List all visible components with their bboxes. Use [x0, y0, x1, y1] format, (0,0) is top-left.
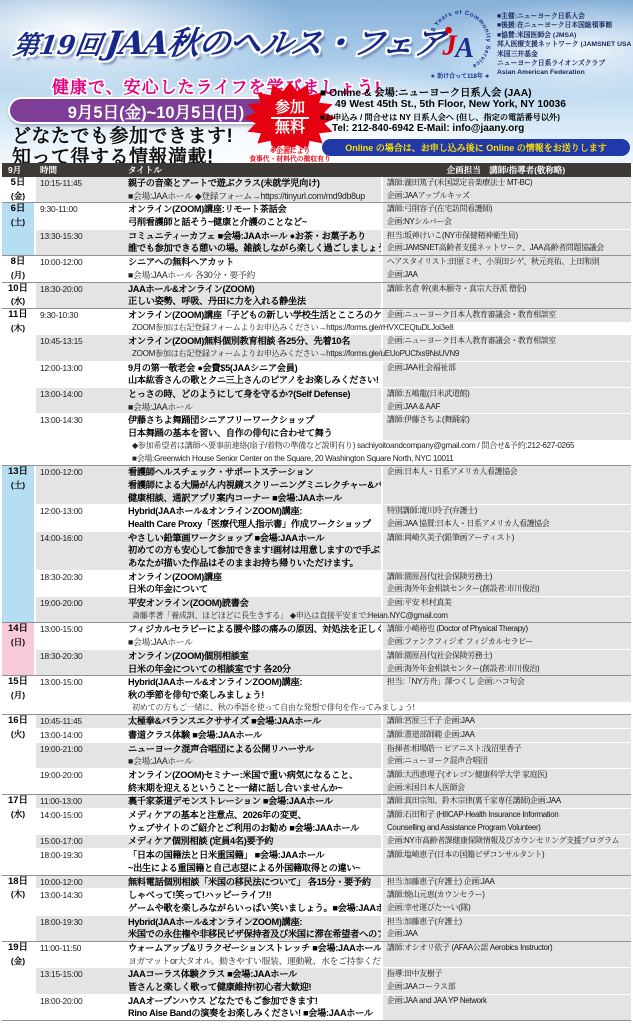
time-cell: 10:45-13:15 — [36, 335, 128, 348]
organizer-cell: 担当:加藤恵子(弁護士) 企画:JAA — [381, 876, 631, 889]
title-cell: 裏千家茶道デモンストレーション ■会場:JAAホール — [128, 795, 381, 808]
note-line: ◆参加希望者は講師へ要事前連絡(扇子/着物の準備など説明有り) sachiyoi… — [36, 440, 631, 453]
schedule-row: 19:00-20:00平安オンライン(ZOOM)読書会企画:平安 杉村真美斎藤孝… — [36, 596, 631, 622]
schedule-row: 13:30-15:30コミュニティーカフェ ■会場:JAAホール ●お茶・お菓子… — [36, 229, 631, 255]
day-of-week-label: (金) — [2, 190, 34, 203]
event-title: 看護師ヘルスチェック・サポートステーション — [128, 466, 381, 479]
event-detail: ■会場:JAAホール ◆登録フォーム→https://tinyurl.com/m… — [128, 190, 381, 203]
organizer-line: 講師:瀧田篤子(米国認定音楽療法士 MT-BC) — [387, 177, 631, 190]
schedule-body: 5日(金)10:15-11:45親子の音楽とアートで遊ぶクラス(未就学児向け)■… — [2, 177, 631, 1021]
organizer-cell: 講師:焼山元恵(カウンセラー)企画:幸せ運びた~~い(隊) — [381, 889, 631, 914]
date-label: 6日 — [2, 203, 34, 216]
event-title: 日米の年金についての相談室です 各20分 — [128, 663, 381, 676]
title-cell: 「日本の国籍法と日米重国籍」 ■会場:JAAホール~出生による重国籍と自己志望に… — [128, 849, 381, 874]
title-cell: Hybrid(JAAホール&オンラインZOOM)講座:米国での永住権や非移民ビザ… — [128, 916, 381, 941]
time-label: 14:00-15:00 — [40, 809, 128, 822]
time-cell: 13:00-14:30 — [36, 889, 128, 914]
event-title: 日米の年金について — [128, 583, 381, 596]
date-label: 8日 — [2, 256, 34, 269]
event-title: メディケアの基本と注意点、2026年の変更、 — [128, 809, 381, 822]
time-label: 10:15-11:45 — [40, 177, 128, 190]
time-label: 13:00-15:00 — [40, 676, 128, 689]
event-title: オンライン(ZOOM)セミナー:米国で重い病気になること、 — [128, 769, 381, 782]
day-of-week-label: (土) — [2, 216, 34, 229]
event-title: 無料電話個別相談「米国の移民法について」 各15分・要予約 — [128, 876, 381, 889]
svg-text:A: A — [453, 33, 474, 64]
organizer-line: 講師:大西恵理子(オレゴン健康科学大学 家庭医) — [387, 769, 631, 782]
title-cell: Hybrid(JAAホール&オンラインZOOM)講座:Health Care P… — [128, 505, 381, 530]
catch-copy-2: 知って得する情報満載! — [12, 142, 214, 163]
event-title: 正しい姿勢、呼吸、丹田に力を入れる静坐法 — [128, 295, 381, 308]
schedule-row: 13:00-15:00Hybrid(JAAホール&オンラインZOOM)講座:秋の… — [36, 676, 631, 714]
date-label: 10日 — [2, 283, 34, 296]
event-title: 伊藤さちよ舞踊団シニアフリーワークショップ — [128, 414, 381, 427]
organizer-line: 担当:加藤恵子(弁護士) 企画:JAA — [387, 876, 631, 889]
venue-address: 49 West 45th St., 5th Floor, New York, N… — [320, 99, 632, 110]
time-cell: 13:00-14:30 — [36, 414, 128, 439]
time-label: 13:00-15:00 — [40, 623, 128, 636]
organizer-line: 企画:平安 杉村真美 — [387, 597, 631, 610]
organizer-line: ■後援:在ニューヨーク日本国総領事館 — [497, 21, 631, 30]
time-cell: 12:00-13:00 — [36, 505, 128, 530]
organizer-cell: 講師:五嶋龍(日米武道館)企画:JAA & AAF — [381, 388, 631, 413]
time-label: 19:00-20:00 — [40, 769, 128, 782]
organizer-line: ヘアスタイリスト:田原ミチ、小須田シゲ、秋元亮佑、上田和則 — [387, 256, 631, 269]
day-of-week-label: (金) — [2, 955, 34, 968]
organizer-line: 企画:海外年金相談センター(創設者:市川俊治) — [387, 583, 631, 596]
time-label: 11:00-13:00 — [40, 795, 128, 808]
date-cell: 13日(土) — [2, 466, 36, 622]
date-cell: 8日(月) — [2, 256, 36, 281]
event-title: 9月の第一敬老会 ●会費$5(JAAシニア会員) — [128, 362, 381, 375]
organizer-line: 講師:伊藤さちよ(舞踊家) — [387, 414, 631, 427]
time-label: 15:00-17:00 — [40, 835, 128, 848]
event-detail: ヨガマットor大タオル、動きやすい服装、運動靴、水をご持参ください。 — [128, 955, 381, 968]
event-title: 山本紘香さんの歌とクニ三上さんのピアノをお楽しみください! — [128, 374, 381, 387]
schedule-row: 13:00-15:00フィジカルセラピーによる腰や膝の痛みの原因、対処法を正しく… — [36, 623, 631, 648]
organizer-line: 講師:宮原三千子 企画:JAA — [387, 715, 631, 728]
organizer-list: ■主催:ニューヨーク日系人会■後援:在ニューヨーク日本国総領事館■協賛:米国医師… — [497, 12, 631, 78]
schedule-group: 6日(土)9:30-11:00オンライン(ZOOM)講座:リモート茶話会弓削看護… — [2, 202, 631, 255]
time-label: 18:30-20:30 — [40, 571, 128, 584]
event-title: Hybrid(JAAホール&オンラインZOOM)講座: — [128, 916, 381, 929]
event-title: Health Care Proxy「医療代理人指示書」作成ワークショップ — [128, 518, 381, 531]
date-label: 18日 — [2, 876, 34, 889]
time-cell: 9:30-10:30 — [36, 309, 128, 322]
time-cell: 13:30-15:30 — [36, 230, 128, 255]
organizer-line: 講師:焼山元恵(カウンセラー) — [387, 889, 631, 902]
organizer-line: 指導:田中友樹子 — [387, 968, 631, 981]
event-title: ニューヨーク混声合唱団による公開リハーサル — [128, 743, 381, 756]
organizer-line: 米国三井基金 — [497, 50, 631, 59]
time-label: 13:00-14:30 — [40, 414, 128, 427]
schedule-row: 12:00-13:009月の第一敬老会 ●会費$5(JAAシニア会員)山本紘香さ… — [36, 361, 631, 387]
schedule-table: 9月 時間 タイトル 企画担当 講師/指導者(敬称略) 5日(金)10:15-1… — [2, 163, 631, 1021]
event-title: ~出生による重国籍と自己志望による外国籍取得との違い~ — [128, 862, 381, 875]
schedule-row: 18:30-20:00JAAホール&オンライン(ZOOM)正しい姿勢、呼吸、丹田… — [36, 283, 631, 308]
date-label: 14日 — [2, 623, 34, 636]
time-cell: 13:00-14:00 — [36, 729, 128, 742]
schedule-group: 13日(土)10:00-12:00看護師ヘルスチェック・サポートステーション看護… — [2, 465, 631, 622]
date-cell: 5日(金) — [2, 177, 36, 202]
time-label: 10:00-12:00 — [40, 876, 128, 889]
time-cell: 19:00-20:00 — [36, 597, 128, 610]
time-cell: 10:45-11:45 — [36, 715, 128, 728]
organizer-cell: 講師:書道部師範 企画:JAA — [381, 729, 631, 742]
title-cell: とっさの時、どのようにして身を守るか?(Self Defense)■会場:JAA… — [128, 388, 381, 413]
contact-note: ■お申込み / 問合せは NY 日系人会へ (但し、指定の電話番号以外) — [320, 112, 632, 123]
organizer-line: 企画:JAA 協賛:日本人・日系アメリカ人看護協会 — [387, 518, 631, 531]
column-header-time: 時間 — [36, 164, 128, 176]
organizer-line: 企画:ニューヨーク日本人教育審議会・教育相談室 — [387, 335, 631, 348]
schedule-row: 10:00-12:00シニアへの無料ヘアカット■会場:JAAホール 各30分・要… — [36, 256, 631, 281]
organizer-line: Counselling and Assistance Program Volun… — [387, 822, 631, 835]
time-cell: 13:00-15:00 — [36, 623, 128, 648]
schedule-row: 18:30-20:30オンライン(ZOOM)個別相談室日米の年金についての相談室… — [36, 649, 631, 675]
event-title: とっさの時、どのようにして身を守るか?(Self Defense) — [128, 388, 381, 401]
organizer-line: 企画:JAAアップルキッズ — [387, 190, 631, 203]
schedule-group: 18日(木)10:00-12:00無料電話個別相談「米国の移民法について」 各1… — [2, 875, 631, 941]
note-line: ZOOM参加は右記登録フォームよりお申込みください→https://forms.… — [36, 322, 631, 335]
schedule-row: 13:00-14:30しゃべって!笑って!ハッピーライフ!!ゲームや歌を楽しみな… — [36, 888, 631, 914]
title-cell: しゃべって!笑って!ハッピーライフ!!ゲームや歌を楽しみながらいっぱい笑いましょ… — [128, 889, 381, 914]
organizer-line: ■協賛:米国医師会 (JMSA) — [497, 31, 631, 40]
organizer-cell: 講師:真田宗知、鈴木宗律(裏千家専任講師)企画:JAA — [381, 795, 631, 808]
time-label: 12:00-13:00 — [40, 505, 128, 518]
title-cell: オンライン(ZOOM)セミナー:米国で重い病気になること、終末期を迎えるというこ… — [128, 769, 381, 794]
event-title: 「日本の国籍法と日米重国籍」 ■会場:JAAホール — [128, 849, 381, 862]
day-of-week-label: (日) — [2, 636, 34, 649]
organizer-line: 企画:幸せ運びた~~い(隊) — [387, 902, 631, 915]
event-title: 太極拳&バランスエクササイズ ■会場:JAAホール — [128, 715, 381, 728]
organizer-line: 企画:JAA社会福祉部 — [387, 362, 631, 375]
event-title: オンライン(ZOOM)講座 — [128, 571, 381, 584]
time-label: 18:30-20:30 — [40, 650, 128, 663]
title-cell: 無料電話個別相談「米国の移民法について」 各15分・要予約 — [128, 876, 381, 889]
day-of-week-label: (水) — [2, 295, 34, 308]
organizer-line: 企画:JAA & AAF — [387, 401, 631, 414]
organizer-line: 講師:園原昌代(社会保険労務士) — [387, 650, 631, 663]
organizer-line: 邦人医療支援ネットワーク (JAMSNET USA) — [497, 40, 631, 49]
schedule-row: 10:00-12:00看護師ヘルスチェック・サポートステーション看護師による大腸… — [36, 466, 631, 504]
title-cell: Hybrid(JAAホール&オンラインZOOM)講座:秋の季節を俳句で楽しみまし… — [128, 676, 381, 701]
date-cell: 19日(金) — [2, 942, 36, 1020]
organizer-cell: 講師:オシオリ依子 (AFAA公認 Aerobics Instructor) — [381, 942, 631, 967]
event-title: 日本舞踊の基本を習い、自作の俳句に合わせて舞う — [128, 427, 381, 440]
time-cell: 14:00-16:00 — [36, 532, 128, 570]
date-label: 13日 — [2, 466, 34, 479]
organizer-cell: 講師:宮原三千子 企画:JAA — [381, 715, 631, 728]
title-cell: JAAコーラス体験クラス ■会場:JAAホール皆さんと楽しく歌って健康維持!初心… — [128, 968, 381, 993]
organizer-cell: 講師:名倉 幹(東本願寺・真宗大谷派 僧侶) — [381, 283, 631, 308]
organizer-line: 担当:加藤恵子(弁護士) — [387, 916, 631, 929]
event-title: 終末期を迎えるということ~一緒に話し合いませんか~ — [128, 782, 381, 795]
date-cell: 14日(日) — [2, 623, 36, 675]
online-info-banner: Online の場合は、お申し込み後に Online の情報をお送りします — [322, 139, 630, 156]
title-cell: 書道クラス体験 ■会場:JAAホール — [128, 729, 381, 742]
free-badge-bottom: 無料 — [275, 120, 305, 136]
organizer-cell: 担当:「NY方舟」澤つくし 企画:ハコ句会 — [381, 676, 631, 701]
organizer-line: 企画:JAAコーラス部 — [387, 981, 631, 994]
time-cell: 18:30-20:30 — [36, 571, 128, 596]
organizer-cell: 講師:小崎裕也 (Doctor of Physical Therapy)企画:フ… — [381, 623, 631, 648]
day-of-week-label: (月) — [2, 689, 34, 702]
event-title: やさしい鉛筆画ワークショップ ■会場:JAAホール — [128, 532, 381, 545]
time-cell: 13:00-15:00 — [36, 676, 128, 701]
time-cell: 18:30-20:00 — [36, 283, 128, 308]
organizer-line: 担当:「NY方舟」澤つくし 企画:ハコ句会 — [387, 676, 631, 689]
event-title: 弓削看護師と話そう~健康と介護のことなど~ — [128, 216, 381, 229]
time-label: 13:30-15:30 — [40, 230, 128, 243]
event-title: コミュニティーカフェ ■会場:JAAホール ●お茶・お菓子あり — [128, 230, 381, 243]
title-cell: JAAホール&オンライン(ZOOM)正しい姿勢、呼吸、丹田に力を入れる静坐法 — [128, 283, 381, 308]
venue-block: ■ Online & 会場:ニューヨーク日系人会 (JAA) 49 West 4… — [320, 84, 632, 134]
title-cell: 9月の第一敬老会 ●会費$5(JAAシニア会員)山本紘香さんの歌とクニ三上さんの… — [128, 362, 381, 387]
date-cell: 10日(水) — [2, 283, 36, 308]
schedule-group: 15日(月)13:00-15:00Hybrid(JAAホール&オンラインZOOM… — [2, 675, 631, 714]
organizer-line: ニューヨーク日系ライオンズクラブ — [497, 59, 631, 68]
organizer-cell: 講師:伊藤さちよ(舞踊家) — [381, 414, 631, 439]
contact-tel-email: Tel: 212-840-6942 E-Mail: info@jaany.org — [320, 123, 632, 134]
venue-line: ■ Online & 会場:ニューヨーク日系人会 (JAA) — [320, 84, 632, 99]
day-of-week-label: (水) — [2, 808, 34, 821]
note-line: 斎藤孝著「養成訓、ほどほどに長生きする」 ◆申込は直接平安まで:Heian.NY… — [36, 610, 631, 623]
schedule-group: 10日(水)18:30-20:00JAAホール&オンライン(ZOOM)正しい姿勢… — [2, 282, 631, 308]
event-title: メディケア個別相談 (定員4名)要予約 — [128, 835, 381, 848]
column-header-organizer: 企画担当 講師/指導者(敬称略) — [381, 164, 631, 176]
event-detail: ■会場:JAAホール 各30分・要予約 — [128, 269, 381, 282]
time-label: 13:00-14:00 — [40, 729, 128, 742]
organizer-cell: 指導:田中友樹子企画:JAAコーラス部 — [381, 968, 631, 993]
event-title: 米国での永住権や非移民ビザ保持者及び米国に滞在希望者へのアドバイス — [128, 928, 381, 941]
schedule-group: 5日(金)10:15-11:45親子の音楽とアートで遊ぶクラス(未就学児向け)■… — [2, 177, 631, 202]
day-of-week-label: (木) — [2, 322, 34, 335]
time-label: 13:00-14:30 — [40, 889, 128, 902]
title-cell: メディケアの基本と注意点、2026年の変更、ウェブサイトのご紹介とご利用のお勧め… — [128, 809, 381, 834]
organizer-line: 企画:JAA and JAA YP Network — [387, 995, 631, 1008]
organizer-line: 講師:名倉 幹(東本願寺・真宗大谷派 僧侶) — [387, 283, 631, 296]
title-cell: JAAオープンハウス どなたでもご参加できます!Rino Aise Bandの演… — [128, 995, 381, 1020]
time-cell: 10:00-12:00 — [36, 256, 128, 281]
event-title: 親子の音楽とアートで遊ぶクラス(未就学児向け) — [128, 177, 381, 190]
day-of-week-label: (月) — [2, 269, 34, 282]
schedule-row: 10:00-12:00無料電話個別相談「米国の移民法について」 各15分・要予約… — [36, 876, 631, 889]
header-hero: 第19回JAA秋のヘルス・フェア 健康で、安心したライフを学びましょう! 118… — [0, 0, 633, 163]
title-cell: 親子の音楽とアートで遊ぶクラス(未就学児向け)■会場:JAAホール ◆登録フォー… — [128, 177, 381, 202]
schedule-group: 14日(日)13:00-15:00フィジカルセラピーによる腰や膝の痛みの原因、対… — [2, 622, 631, 675]
organizer-cell: 講師:園原昌代(社会保険労務士)企画:海外年金相談センター(創設者:市川俊治) — [381, 571, 631, 596]
date-label: 19日 — [2, 942, 34, 955]
date-label: 11日 — [2, 309, 34, 322]
organizer-line: 指揮者:相場皓一 ピアニスト:浅沼里香子 — [387, 743, 631, 756]
event-title: Hybrid(JAAホール&オンラインZOOM)講座: — [128, 505, 381, 518]
schedule-row: 18:00-19:30「日本の国籍法と日米重国籍」 ■会場:JAAホール~出生に… — [36, 848, 631, 874]
event-title: ウォームアップ&リラクゼーションストレッチ ■会場:JAAホール — [128, 942, 381, 955]
event-title: オンライン(ZOOM)講座:リモート茶話会 — [128, 203, 381, 216]
schedule-group: 8日(月)10:00-12:00シニアへの無料ヘアカット■会場:JAAホール 各… — [2, 255, 631, 281]
schedule-row: 14:00-15:00メディケアの基本と注意点、2026年の変更、ウェブサイトの… — [36, 808, 631, 834]
event-detail: ■会場:JAAホール — [128, 755, 381, 768]
time-label: 18:00-19:30 — [40, 849, 128, 862]
jaa-logo-icon: 118 Years of Community Service J A — [425, 10, 495, 72]
column-header-title: タイトル — [128, 164, 381, 176]
title-cell: オンライン(ZOOM)講座:リモート茶話会弓削看護師と話そう~健康と介護のことな… — [128, 203, 381, 228]
time-cell: 18:30-20:30 — [36, 650, 128, 675]
event-detail: ■会場:JAAホール — [128, 636, 381, 649]
organizer-cell: 企画:平安 杉村真美 — [381, 597, 631, 610]
schedule-row: 13:00-14:30伊藤さちよ舞踊団シニアフリーワークショップ日本舞踊の基本を… — [36, 413, 631, 465]
table-header: 9月 時間 タイトル 企画担当 講師/指導者(敬称略) — [2, 163, 631, 177]
date-cell: 15日(月) — [2, 676, 36, 714]
column-header-month: 9月 — [2, 164, 36, 176]
title-cell: メディケア個別相談 (定員4名)要予約 — [128, 835, 381, 848]
time-cell: 10:15-11:45 — [36, 177, 128, 202]
organizer-line: 特別講師:滝川玲子(弁護士) — [387, 505, 631, 518]
time-cell: 10:00-12:00 — [36, 876, 128, 889]
organizer-line: 企画:JAA — [387, 269, 631, 282]
organizer-line: ■主催:ニューヨーク日系人会 — [497, 12, 631, 21]
organizer-cell: 講師:瀧田篤子(米国認定音楽療法士 MT-BC)企画:JAAアップルキッズ — [381, 177, 631, 202]
time-cell: 19:00-20:00 — [36, 769, 128, 794]
time-label: 9:30-11:00 — [40, 203, 128, 216]
organizer-line: 講師:弓削容子(在宅訪問看護師) — [387, 203, 631, 216]
time-cell: 13:15-15:00 — [36, 968, 128, 993]
date-label: 5日 — [2, 177, 34, 190]
time-cell: 15:00-17:00 — [36, 835, 128, 848]
organizer-cell: 講師:弓削容子(在宅訪問看護師)企画:NYシルバー会 — [381, 203, 631, 228]
event-title: 平安オンライン(ZOOM)読書会 — [128, 597, 381, 610]
schedule-row: 13:15-15:00JAAコーラス体験クラス ■会場:JAAホール皆さんと楽し… — [36, 967, 631, 993]
time-cell: 18:00-20:00 — [36, 995, 128, 1020]
event-title: JAAコーラス体験クラス ■会場:JAAホール — [128, 968, 381, 981]
title-cell: オンライン(ZOOM)個別相談室日米の年金についての相談室です 各20分 — [128, 650, 381, 675]
free-badge-top: 参加 — [275, 100, 305, 116]
organizer-line: 講師:書道部師範 企画:JAA — [387, 729, 631, 742]
date-label: 15日 — [2, 676, 34, 689]
schedule-row: 13:00-14:00とっさの時、どのようにして身を守るか?(Self Defe… — [36, 387, 631, 413]
event-title: 裏千家茶道デモンストレーション ■会場:JAAホール — [128, 795, 381, 808]
note-line: ZOOM参加は右記登録フォームよりお申込みください→https://forms.… — [36, 348, 631, 361]
organizer-cell: 講師:石田和子 (HIICAP-Health Insurance Informa… — [381, 809, 631, 834]
organizer-cell: 担当:坂神けいこ(NY市保健精神衛生局)企画:JAMSNET高齢者支援ネットワー… — [381, 230, 631, 255]
event-title: 健康相談、通訳アプリ案内コーナー ■会場:JAAホール — [128, 492, 381, 505]
event-title: Rino Aise Bandの演奏をお楽しみください! ■会場:JAAホール — [128, 1007, 381, 1020]
date-cell: 11日(木) — [2, 309, 36, 465]
date-cell: 17日(水) — [2, 795, 36, 874]
time-label: 19:00-20:00 — [40, 597, 128, 610]
schedule-row: 18:30-20:30オンライン(ZOOM)講座日米の年金について講師:園原昌代… — [36, 570, 631, 596]
organizer-line: 講師:園原昌代(社会保険労務士) — [387, 571, 631, 584]
schedule-row: 11:00-11:50ウォームアップ&リラクゼーションストレッチ ■会場:JAA… — [36, 942, 631, 967]
schedule-row: 12:00-13:00Hybrid(JAAホール&オンラインZOOM)講座:He… — [36, 504, 631, 530]
time-cell: 13:00-14:00 — [36, 388, 128, 413]
time-label: 10:45-13:15 — [40, 335, 128, 348]
title-cell: オンライン(ZOOM)講座「子どもの新しい学校生活とこころのケア」 — [128, 309, 381, 322]
event-title: あなたが描いた作品はそのままお持ち帰りいただけます。 — [128, 557, 381, 570]
title-edition: 第19回 — [11, 31, 103, 61]
event-title: JAAホール&オンライン(ZOOM) — [128, 283, 381, 296]
organizer-cell: 講師:大西恵理子(オレゴン健康科学大学 家庭医)企画:米国日本人医師会 — [381, 769, 631, 794]
event-title: フィジカルセラピーによる腰や膝の痛みの原因、対処法を正しく知ろう! — [128, 623, 381, 636]
organizer-line: 企画:NYシルバー会 — [387, 216, 631, 229]
page-title: 第19回JAA秋のヘルス・フェア — [11, 18, 448, 64]
time-label: 13:15-15:00 — [40, 968, 128, 981]
day-of-week-label: (火) — [2, 728, 34, 741]
schedule-row: 13:00-14:00書道クラス体験 ■会場:JAAホール講師:書道部師範 企画… — [36, 728, 631, 742]
time-label: 13:00-14:00 — [40, 388, 128, 401]
organizer-line: 企画:日本人・日系アメリカ人看護協会 — [387, 466, 631, 479]
schedule-group: 19日(金)11:00-11:50ウォームアップ&リラクゼーションストレッチ ■… — [2, 941, 631, 1020]
organizer-cell: 担当:加藤恵子(弁護士)企画:JAA — [381, 916, 631, 941]
organizer-line: 企画:JAMSNET高齢者支援ネットワーク、JAA高齢者問題協議会 — [387, 242, 631, 255]
event-title: Hybrid(JAAホール&オンラインZOOM)講座: — [128, 676, 381, 689]
organizer-line: 企画:ファンクフィジオ フィジカルセラピー — [387, 636, 631, 649]
organizer-cell: 講師:塩崎恵子(日本の国籍ビザコンサルタント) — [381, 849, 631, 874]
schedule-row: 14:00-16:00やさしい鉛筆画ワークショップ ■会場:JAAホール初めての… — [36, 531, 631, 570]
event-title: 書道クラス体験 ■会場:JAAホール — [128, 729, 381, 742]
note-line: 初めての方もご一緒に、秋の季語を使って自由な発想で俳句を作ってみましょう! — [36, 702, 631, 715]
event-title: ゲームや歌を楽しみながらいっぱい笑いましょう。■会場:JAAホール — [128, 902, 381, 915]
note-line: ■会場:Greenwich House Senior Center on the… — [36, 453, 631, 466]
time-cell: 10:00-12:00 — [36, 466, 128, 504]
organizer-line: 企画:NY市高齢者課健康保険情報及びカウンセリング支援プログラム — [387, 835, 631, 848]
logo-tagline: ★ 助け合って118年 ★ — [424, 71, 496, 80]
organizer-cell: 特別講師:滝川玲子(弁護士)企画:JAA 協賛:日本人・日系アメリカ人看護協会 — [381, 505, 631, 530]
date-label: 16日 — [2, 715, 34, 728]
time-cell: 14:00-15:00 — [36, 809, 128, 834]
organizer-cell: 講師:岡崎久美子(鉛筆画アーティスト) — [381, 532, 631, 570]
title-cell: 平安オンライン(ZOOM)読書会 — [128, 597, 381, 610]
date-label: 17日 — [2, 795, 34, 808]
organizer-line: 講師:岡崎久美子(鉛筆画アーティスト) — [387, 532, 631, 545]
organizer-line: 講師:石田和子 (HIICAP-Health Insurance Informa… — [387, 809, 631, 822]
event-title: 秋の季節を俳句で楽しみましょう! — [128, 689, 381, 702]
organizer-line: 講師:五嶋龍(日米武道館) — [387, 388, 631, 401]
schedule-row: 18:00-19:30Hybrid(JAAホール&オンラインZOOM)講座:米国… — [36, 915, 631, 941]
event-title: オンライン(ZOOM)個別相談室 — [128, 650, 381, 663]
organizer-line: 担当:坂神けいこ(NY市保健精神衛生局) — [387, 230, 631, 243]
organizer-cell: 企画:ニューヨーク日本人教育審議会・教育相談室 — [381, 335, 631, 348]
time-label: 11:00-11:50 — [40, 942, 128, 955]
schedule-row: 10:15-11:45親子の音楽とアートで遊ぶクラス(未就学児向け)■会場:JA… — [36, 177, 631, 202]
schedule-row: 9:30-10:30オンライン(ZOOM)講座「子どもの新しい学校生活とこころの… — [36, 309, 631, 334]
date-cell: 6日(土) — [2, 203, 36, 255]
schedule-row: 19:00-21:00ニューヨーク混声合唱団による公開リハーサル■会場:JAAホ… — [36, 742, 631, 768]
time-cell: 11:00-13:00 — [36, 795, 128, 808]
organizer-line: 企画:ニューヨーク混声合唱団 — [387, 755, 631, 768]
organizer-line: 企画:海外年金相談センター(創設者:市川俊治) — [387, 663, 631, 676]
time-label: 10:45-11:45 — [40, 715, 128, 728]
title-cell: ニューヨーク混声合唱団による公開リハーサル■会場:JAAホール — [128, 743, 381, 768]
title-cell: コミュニティーカフェ ■会場:JAAホール ●お茶・お菓子あり誰でも参加できる憩… — [128, 230, 381, 255]
schedule-row: 18:00-20:00JAAオープンハウス どなたでもご参加できます!Rino … — [36, 994, 631, 1020]
jaa-logo: 118 Years of Community Service J A ★ 助け合… — [424, 10, 496, 80]
title-cell: オンライン(ZOOM)無料個別教育相談 各25分、先着10名 — [128, 335, 381, 348]
schedule-row: 19:00-20:00オンライン(ZOOM)セミナー:米国で重い病気になること、… — [36, 768, 631, 794]
organizer-cell: 指揮者:相場皓一 ピアニスト:浅沼里香子企画:ニューヨーク混声合唱団 — [381, 743, 631, 768]
title-cell: やさしい鉛筆画ワークショップ ■会場:JAAホール初めての方も安心して参加できま… — [128, 532, 381, 570]
schedule-group: 17日(水)11:00-13:00裏千家茶道デモンストレーション ■会場:JAA… — [2, 794, 631, 874]
time-cell: 19:00-21:00 — [36, 743, 128, 768]
time-label: 10:00-12:00 — [40, 256, 128, 269]
event-title: ウェブサイトのご紹介とご利用のお勧め ■会場:JAAホール — [128, 822, 381, 835]
title-cell: オンライン(ZOOM)講座日米の年金について — [128, 571, 381, 596]
time-label: 14:00-16:00 — [40, 532, 128, 545]
schedule-row: 15:00-17:00メディケア個別相談 (定員4名)要予約企画:NY市高齢者課… — [36, 834, 631, 848]
date-cell: 16日(火) — [2, 715, 36, 794]
time-label: 18:00-20:00 — [40, 995, 128, 1008]
time-cell: 11:00-11:50 — [36, 942, 128, 967]
